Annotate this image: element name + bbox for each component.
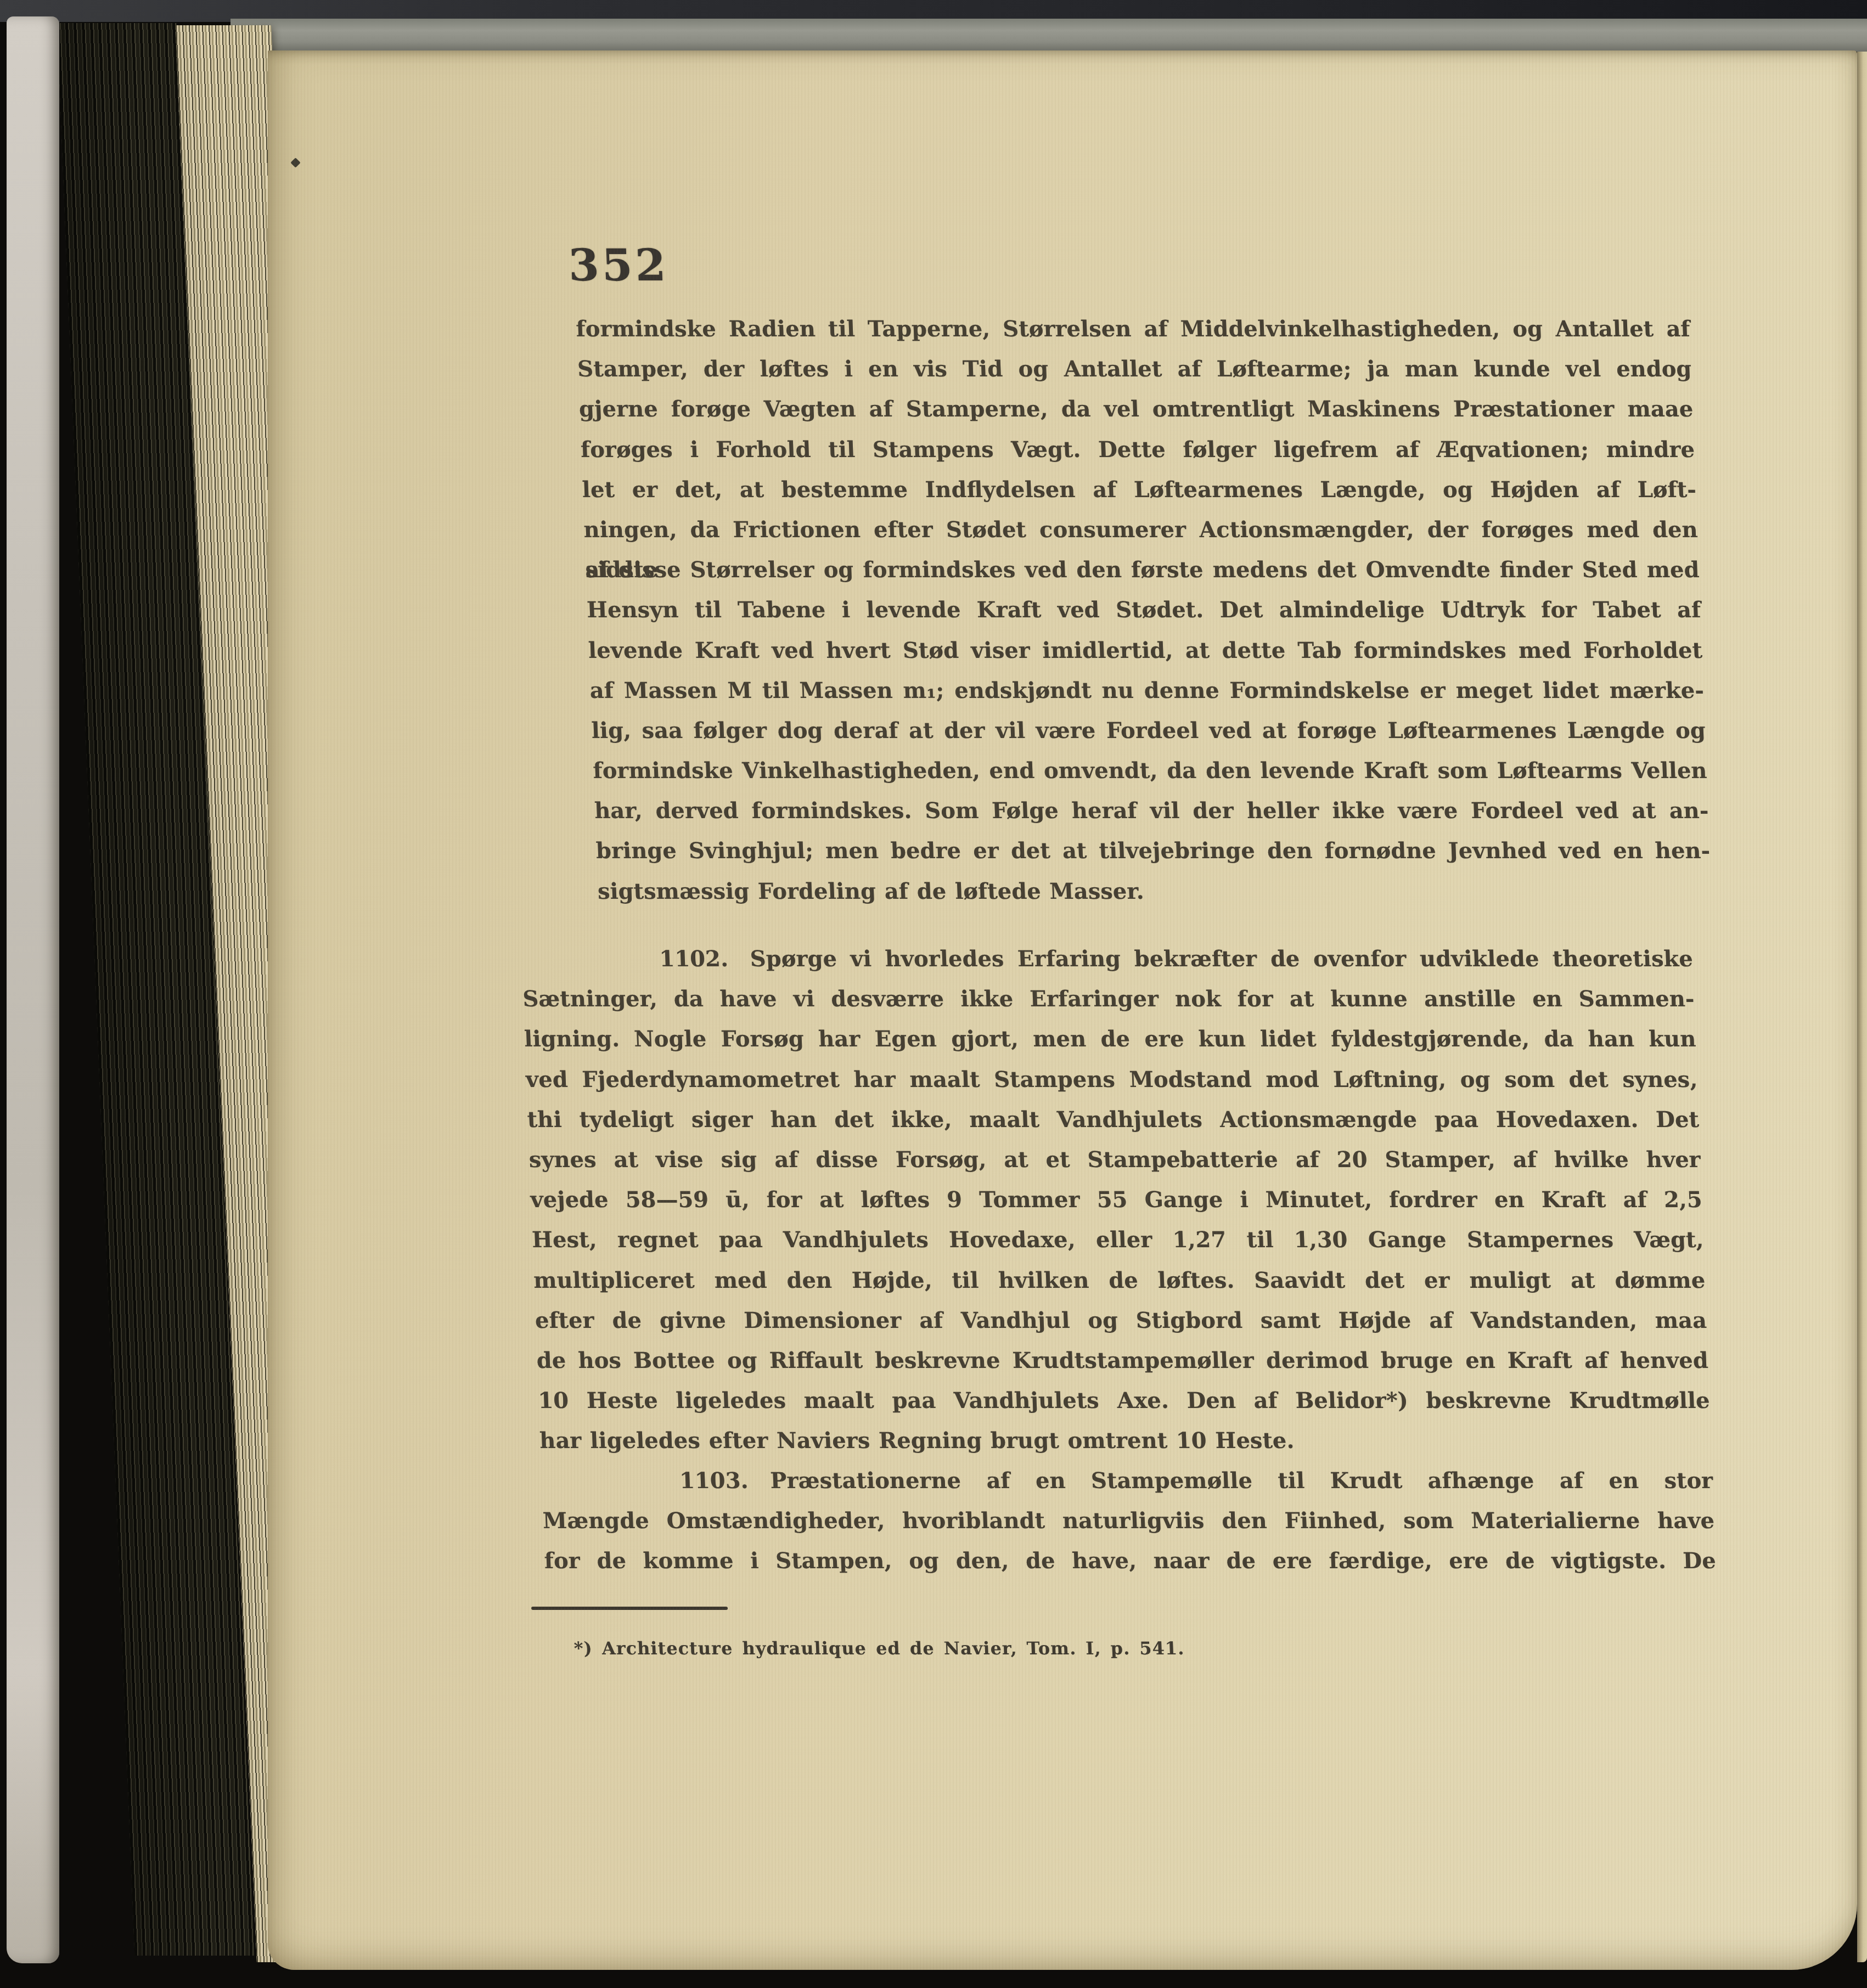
text-line: formindske Vinkelhastigheden, end omvend… <box>592 751 1708 791</box>
text-line: synes at vise sig af disse Forsøg, at et… <box>528 1140 1701 1180</box>
page-number: 352 <box>567 239 670 291</box>
text-line: af Massen M til Massen m₁; endskjøndt nu… <box>589 671 1705 711</box>
text-line: Hensyn til Tabene i levende Kraft ved St… <box>586 590 1702 630</box>
text-line: gjerne forøge Vægten af Stamperne, da ve… <box>578 389 1694 429</box>
text-line: levende Kraft ved hvert Stød viser imidl… <box>588 630 1703 671</box>
text-line: de hos Bottee og Riffault beskrevne Krud… <box>536 1341 1709 1381</box>
footnote-separator-rule <box>531 1607 728 1610</box>
footnote-text: *) Architecture hydraulique ed de Navier… <box>573 1638 1185 1659</box>
text-line: 1102. Spørge vi hvorledes Erfaring bekræ… <box>520 939 1694 979</box>
text-line: ningen, da Frictionen efter Stødet consu… <box>583 510 1699 550</box>
text-line: Sætninger, da have vi desværre ikke Erfa… <box>522 979 1695 1019</box>
text-line: for de komme i Stampen, og den, de have,… <box>543 1541 1717 1581</box>
book-page: 352 formindske Radien til Tapperne, Stør… <box>268 50 1857 1970</box>
text-line: vejede 58—59 ū, for at løftes 9 Tommer 5… <box>530 1180 1703 1220</box>
text-line: ved Fjederdynamometret har maalt Stampen… <box>525 1060 1699 1100</box>
text-line: ligning. Nogle Forsøg har Egen gjort, me… <box>524 1019 1697 1059</box>
text-line: Stamper, der løftes i en vis Tid og Anta… <box>577 349 1692 389</box>
text-line: multipliceret med den Højde, til hvilken… <box>533 1260 1706 1300</box>
text-line: 1103. Præstationerne af en Stampemølle t… <box>541 1461 1714 1501</box>
text-line: bringe Svinghjul; men bedre er det at ti… <box>595 831 1711 871</box>
text-line: forøges i Forhold til Stampens Vægt. Det… <box>580 430 1696 470</box>
text-line: Hest, regnet paa Vandhjulets Hovedaxe, e… <box>531 1220 1705 1260</box>
text-line: thi tydeligt siger han det ikke, maalt V… <box>526 1100 1700 1140</box>
printed-content: 352 formindske Radien til Tapperne, Stør… <box>268 50 1867 1970</box>
text-line: sigtsmæssig Fordeling af de løftede Mass… <box>597 871 1712 911</box>
paragraph-continuation: formindske Radien til Tapperne, Størrels… <box>575 309 1712 911</box>
paragraph-1102: 1102. Spørge vi hvorledes Erfaring bekræ… <box>520 939 1712 1461</box>
text-line: af disse Størrelser og formindskes ved d… <box>584 550 1700 590</box>
text-line: let er det, at bestemme Indflydelsen af … <box>581 470 1697 510</box>
book-cover-left-edge <box>7 16 59 1963</box>
scanned-book-spread: 352 formindske Radien til Tapperne, Stør… <box>0 0 1867 1988</box>
scanner-cradle-edge <box>230 19 1867 52</box>
text-line: Mængde Omstændigheder, hvoriblandt natur… <box>542 1501 1716 1541</box>
text-line: har, derved formindskes. Som Følge heraf… <box>594 791 1709 831</box>
text-line: efter de givne Dimensioner af Vandhjul o… <box>534 1300 1707 1341</box>
text-line: lig, saa følger dog deraf at der vil vær… <box>591 711 1706 751</box>
text-line: formindske Radien til Tapperne, Størrels… <box>575 309 1691 349</box>
text-line: 10 Heste ligeledes maalt paa Vandhjulets… <box>537 1381 1711 1421</box>
text-line: har ligeledes efter Naviers Regning brug… <box>539 1421 1712 1461</box>
paragraph-1103: 1103. Præstationerne af en Stampemølle t… <box>541 1461 1717 1581</box>
